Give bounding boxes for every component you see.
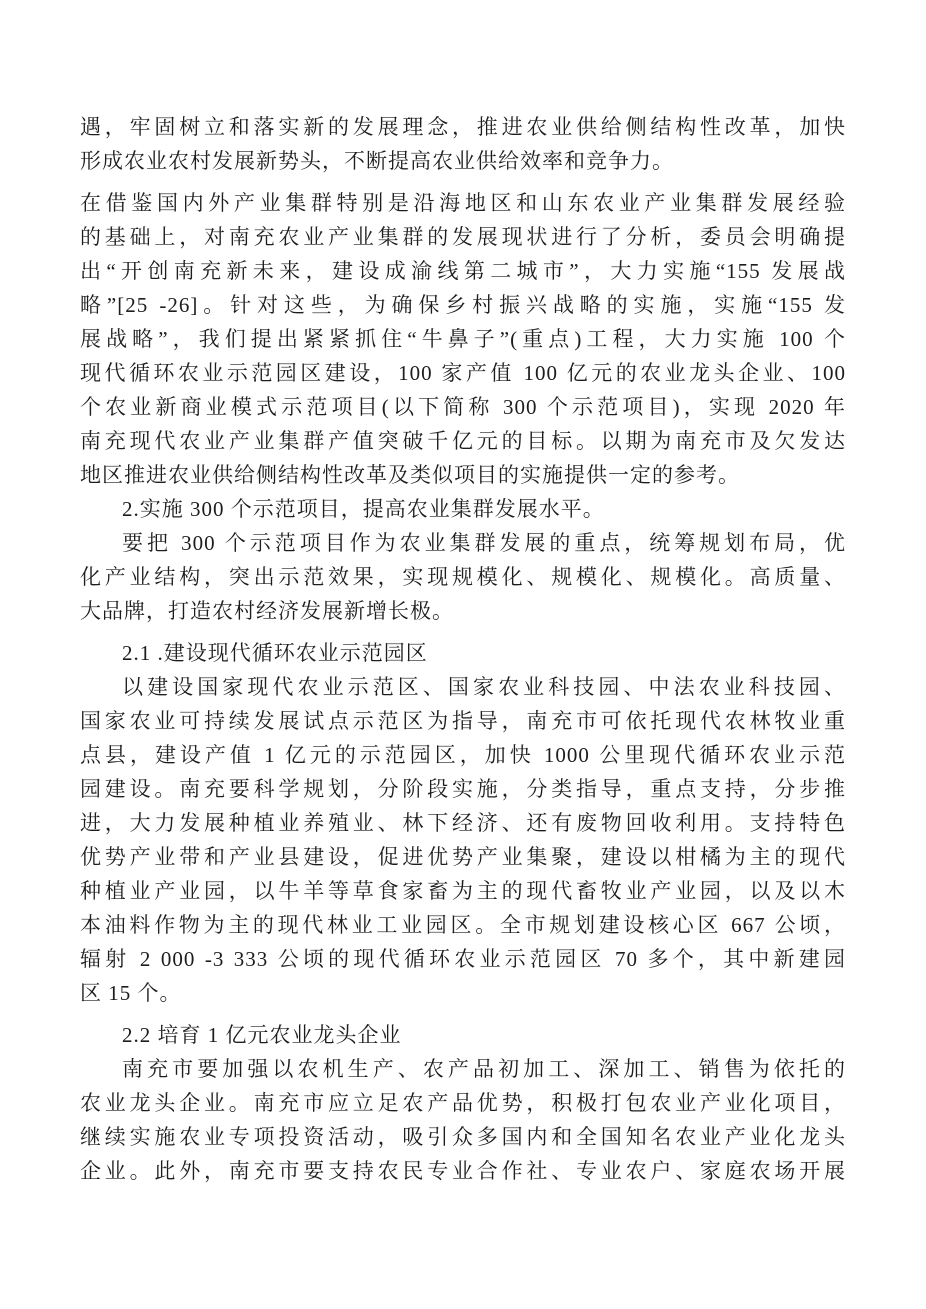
paragraph: 以建设国家现代农业示范区、国家农业科技园、中法农业科技园、国家农业可持续发展试点… (80, 670, 846, 1010)
text-line: 本油料作物为主的现代林业工业园区。全市规划建设核心区 667 公顷， (80, 908, 846, 942)
text-line: 在借鉴国内外产业集群特别是沿海地区和山东农业产业集群发展经验 (80, 186, 846, 220)
text-line: 2.2 培育 1 亿元农业龙头企业 (80, 1018, 846, 1052)
text-line: 地区推进农业供给侧结构性改革及类似项目的实施提供一定的参考。 (80, 458, 846, 492)
text-line: 大品牌，打造农村经济发展新增长极。 (80, 594, 846, 628)
paragraph: 遇，牢固树立和落实新的发展理念，推进农业供给侧结构性改革，加快形成农业农村发展新… (80, 110, 846, 178)
text-line: 点县，建设产值 1 亿元的示范园区，加快 1000 公里现代循环农业示范 (80, 738, 846, 772)
text-line: 展战略”，我们提出紧紧抓住“牛鼻子”(重点)工程，大力实施 100 个 (80, 322, 846, 356)
paragraph: 在借鉴国内外产业集群特别是沿海地区和山东农业产业集群发展经验的基础上，对南充农业… (80, 186, 846, 492)
text-line: 要把 300 个示范项目作为农业集群发展的重点，统筹规划布局，优 (80, 526, 846, 560)
text-line: 个农业新商业模式示范项目(以下简称 300 个示范项目)，实现 2020 年 (80, 390, 846, 424)
text-line: 南充市要加强以农机生产、农产品初加工、深加工、销售为依托的 (80, 1052, 846, 1086)
text-line: 2.实施 300 个示范项目，提高农业集群发展水平。 (80, 492, 846, 526)
text-line: 形成农业农村发展新势头，不断提高农业供给效率和竞争力。 (80, 144, 846, 178)
text-line: 以建设国家现代农业示范区、国家农业科技园、中法农业科技园、 (80, 670, 846, 704)
text-line: 化产业结构，突出示范效果，实现规模化、规模化、规模化。高质量、 (80, 560, 846, 594)
text-line: 继续实施农业专项投资活动，吸引众多国内和全国知名农业产业化龙头 (80, 1120, 846, 1154)
text-line: 2.1 .建设现代循环农业示范园区 (80, 636, 846, 670)
section-heading: 2.1 .建设现代循环农业示范园区 (80, 636, 846, 670)
text-line: 企业。此外，南充市要支持农民专业合作社、专业农户、家庭农场开展 (80, 1154, 846, 1188)
text-line: 农业龙头企业。南充市应立足农产品优势，积极打包农业产业化项目， (80, 1086, 846, 1120)
text-line: 进，大力发展种植业养殖业、林下经济、还有废物回收利用。支持特色 (80, 806, 846, 840)
document-page: 遇，牢固树立和落实新的发展理念，推进农业供给侧结构性改革，加快形成农业农村发展新… (0, 0, 926, 1188)
text-line: 略”[25 -26]。针对这些，为确保乡村振兴战略的实施，实施“155 发 (80, 288, 846, 322)
text-line: 辐射 2 000 -3 333 公顷的现代循环农业示范园区 70 多个，其中新建… (80, 942, 846, 976)
text-line: 出“开创南充新未来，建设成渝线第二城市”，大力实施“155 发展战 (80, 254, 846, 288)
text-line: 园建设。南充要科学规划，分阶段实施，分类指导，重点支持，分步推 (80, 772, 846, 806)
text-line: 的基础上，对南充农业产业集群的发展现状进行了分析，委员会明确提 (80, 220, 846, 254)
text-line: 现代循环农业示范园区建设，100 家产值 100 亿元的农业龙头企业、100 (80, 356, 846, 390)
text-line: 区 15 个。 (80, 976, 846, 1010)
text-line: 种植业产业园，以牛羊等草食家畜为主的现代畜牧业产业园，以及以木 (80, 874, 846, 908)
text-line: 国家农业可持续发展试点示范区为指导，南充市可依托现代农林牧业重 (80, 704, 846, 738)
text-line: 优势产业带和产业县建设，促进优势产业集聚，建设以柑橘为主的现代 (80, 840, 846, 874)
text-line: 遇，牢固树立和落实新的发展理念，推进农业供给侧结构性改革，加快 (80, 110, 846, 144)
section-heading: 2.2 培育 1 亿元农业龙头企业 (80, 1018, 846, 1052)
paragraph: 要把 300 个示范项目作为农业集群发展的重点，统筹规划布局，优化产业结构，突出… (80, 526, 846, 628)
text-line: 南充现代农业产业集群产值突破千亿元的目标。以期为南充市及欠发达 (80, 424, 846, 458)
paragraph: 南充市要加强以农机生产、农产品初加工、深加工、销售为依托的农业龙头企业。南充市应… (80, 1052, 846, 1188)
section-heading: 2.实施 300 个示范项目，提高农业集群发展水平。 (80, 492, 846, 526)
